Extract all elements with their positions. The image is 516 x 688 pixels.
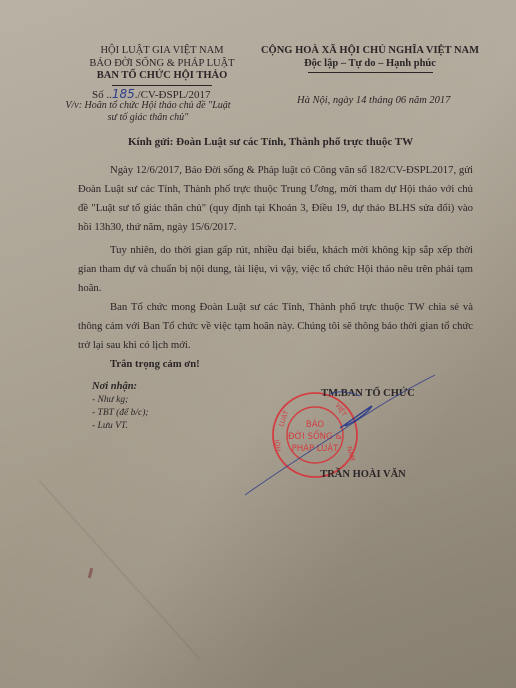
recipient-item: - Như kg;	[92, 394, 149, 407]
body-paragraph-2: Tuy nhiên, do thời gian gấp rút, nhiều đ…	[78, 241, 473, 298]
issuer-underline	[112, 85, 212, 86]
ink-mark	[88, 568, 93, 578]
signatory-name: TRẦN HOÀI VĂN	[293, 469, 433, 480]
national-header: CỘNG HOÀ XÃ HỘI CHỦ NGHĨA VIỆT NAM Độc l…	[250, 45, 490, 73]
recipients-title: Nơi nhận:	[92, 380, 149, 393]
motto-underline	[308, 72, 433, 73]
issuer-line-2: BÁO ĐỜI SỐNG & PHÁP LUẬT	[62, 58, 262, 71]
closing-line: Trân trọng cảm ơn!	[110, 358, 200, 370]
subject-line: V/v: Hoãn tổ chức Hội thảo chủ đề "Luật …	[63, 100, 233, 123]
handwritten-number: 185	[112, 87, 135, 101]
body-paragraph-1: Ngày 12/6/2017, Báo Đời sống & Pháp luật…	[78, 161, 473, 237]
body-paragraph-3: Ban Tổ chức mong Đoàn Luật sư các Tỉnh, …	[78, 298, 473, 355]
national-title: CỘNG HOÀ XÃ HỘI CHỦ NGHĨA VIỆT NAM	[250, 45, 490, 58]
paper-fold	[39, 480, 201, 660]
recipient-item: - Lưu VT.	[92, 420, 149, 433]
handwritten-signature	[240, 370, 440, 500]
issuer-header: HỘI LUẬT GIA VIỆT NAM BÁO ĐỜI SỐNG & PHÁ…	[62, 45, 262, 86]
date-line: Hà Nội, ngày 14 tháng 06 năm 2017	[297, 95, 450, 106]
recipient-line: Kính gửi: Đoàn Luật sư các Tỉnh, Thành p…	[128, 136, 413, 148]
issuer-line-1: HỘI LUẬT GIA VIỆT NAM	[62, 45, 262, 58]
recipient-item: - TBT (để b/c);	[92, 407, 149, 420]
document-number: Số ..185./CV-ĐSPL/2017	[92, 87, 210, 101]
national-motto: Độc lập – Tự do – Hạnh phúc	[250, 58, 490, 71]
recipients-block: Nơi nhận: - Như kg; - TBT (để b/c); - Lư…	[92, 380, 149, 433]
issuer-line-3: BAN TỔ CHỨC HỘI THẢO	[62, 70, 262, 83]
